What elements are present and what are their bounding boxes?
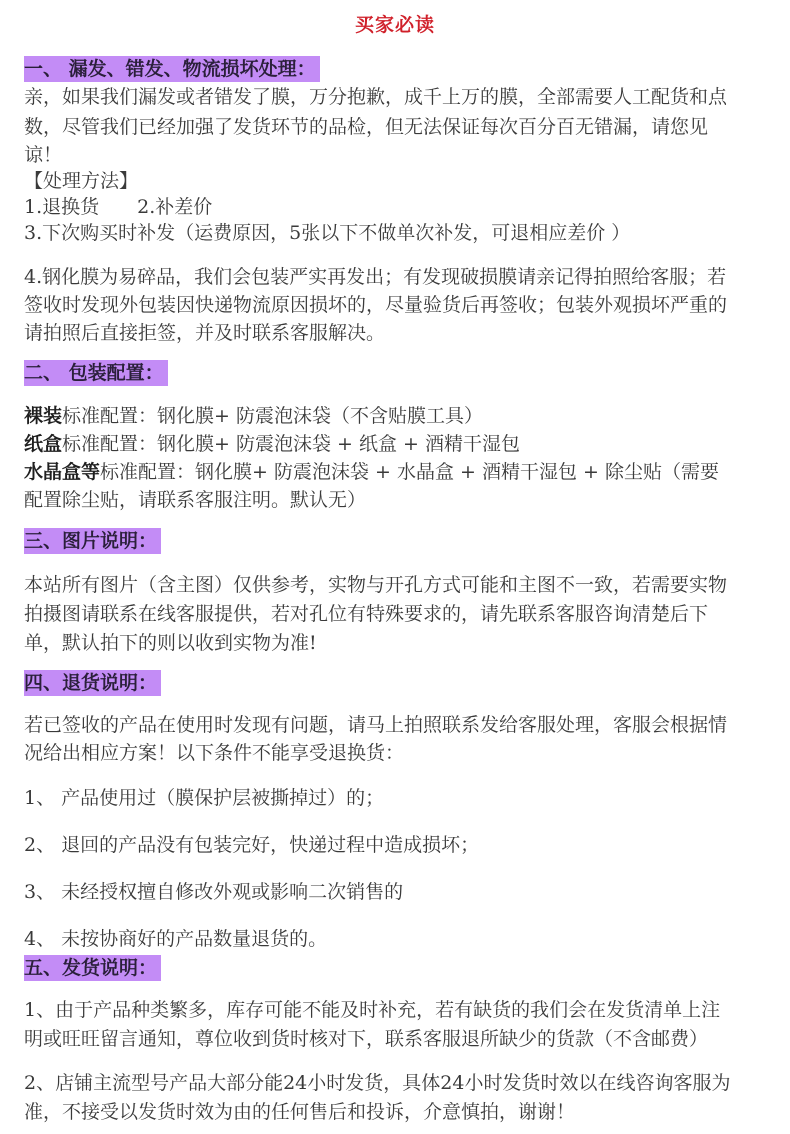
paragraph-line: 配置除尘贴，请联系客服注明。默认无） xyxy=(24,487,366,513)
section-heading-images: 三、图片说明： xyxy=(24,528,161,554)
packaging-item-crystal-box: 水晶盒等标准配置：钢化膜+ 防震泡沫袋 + 水晶盒 + 酒精干湿包 + 除尘贴（… xyxy=(24,459,719,485)
paragraph-line: 拍摄图请联系在线客服提供，若对孔位有特殊要求的，请先联系客服咨询清楚后下 xyxy=(24,601,708,627)
paragraph-line: 1、由于产品种类繁多，库存可能不能及时补充，若有缺货的我们会在发货清单上注 xyxy=(24,997,720,1023)
paragraph-line: 亲，如果我们漏发或者错发了膜，万分抱歉，成千上万的膜，全部需要人工配货和点 xyxy=(24,84,727,110)
packaging-item-paper-box: 纸盒标准配置：钢化膜+ 防震泡沫袋 + 纸盒 + 酒精干湿包 xyxy=(24,431,520,457)
paragraph-line: 明或旺旺留言通知，尊位收到货时核对下，联系客服退所缺少的货款（不含邮费） xyxy=(24,1026,708,1052)
paragraph-line: 本站所有图片（含主图）仅供参考，实物与开孔方式可能和主图不一致，若需要实物 xyxy=(24,572,727,598)
packaging-type: 裸装 xyxy=(24,405,62,427)
method-refund-exchange: 1.退换货 xyxy=(24,196,99,218)
buyer-notice-document: 买家必读 一、 漏发、错发、物流损坏处理： 亲，如果我们漏发或者错发了膜，万分抱… xyxy=(0,0,790,1134)
section-heading-packaging: 二、 包装配置： xyxy=(24,360,168,386)
paragraph-line: 单，默认拍下的则以收到实物为准! xyxy=(24,630,317,656)
packaging-type: 水晶盒等 xyxy=(24,461,100,483)
method-resend-next-order: 3.下次购买时补发（运费原因，5张以下不做单次补发，可退相应差价 ） xyxy=(24,220,630,246)
packaging-contents: 标准配置：钢化膜+ 防震泡沫袋（不含贴膜工具） xyxy=(62,405,483,427)
packaging-item-bare: 裸装标准配置：钢化膜+ 防震泡沫袋（不含贴膜工具） xyxy=(24,403,483,429)
packaging-type: 纸盒 xyxy=(24,433,62,455)
return-condition-item: 3、 未经授权擅自修改外观或影响二次销售的 xyxy=(24,879,403,905)
paragraph-line: 2、店铺主流型号产品大部分能24小时发货，具体24小时发货时效以在线咨询客服为 xyxy=(24,1070,730,1096)
section-heading-shipping-errors: 一、 漏发、错发、物流损坏处理： xyxy=(24,56,320,82)
return-condition-item: 2、 退回的产品没有包装完好，快递过程中造成损坏； xyxy=(24,832,479,858)
section-heading-shipping: 五、发货说明： xyxy=(24,955,161,981)
paragraph-line: 若已签收的产品在使用时发现有问题，请马上拍照联系发给客服处理，客服会根据情 xyxy=(24,712,727,738)
paragraph-line: 请拍照后直接拒签，并及时联系客服解决。 xyxy=(24,320,385,346)
return-condition-item: 4、 未按协商好的产品数量退货的。 xyxy=(24,926,327,952)
packaging-contents: 标准配置：钢化膜+ 防震泡沫袋 + 水晶盒 + 酒精干湿包 + 除尘贴（需要 xyxy=(100,461,719,483)
packaging-contents: 标准配置：钢化膜+ 防震泡沫袋 + 纸盒 + 酒精干湿包 xyxy=(62,433,520,455)
return-condition-item: 1、 产品使用过（膜保护层被撕掉过）的； xyxy=(24,785,384,811)
page-title: 买家必读 xyxy=(0,10,790,37)
paragraph-line: 况给出相应方案！以下条件不能享受退换货： xyxy=(24,740,404,766)
paragraph-line: 准，不接受以发货时效为由的任何售后和投诉，介意慎拍，谢谢！ xyxy=(24,1099,575,1125)
paragraph-line: 谅！ xyxy=(24,142,62,168)
handling-method-label: 【处理方法】 xyxy=(24,168,138,194)
paragraph-line: 数，尽管我们已经加强了发货环节的品检，但无法保证每次百分百无错漏，请您见 xyxy=(24,114,708,140)
paragraph-line: 签收时发现外包装因快递物流原因损坏的，尽量验货后再签收；包装外观损坏严重的 xyxy=(24,292,727,318)
section-heading-returns: 四、退货说明： xyxy=(24,670,161,696)
method-price-difference: 2.补差价 xyxy=(137,196,212,218)
paragraph-line: 4.钢化膜为易碎品，我们会包装严实再发出；有发现破损膜请亲记得拍照给客服；若 xyxy=(24,264,726,290)
handling-methods-row: 1.退换货2.补差价 xyxy=(24,194,212,220)
